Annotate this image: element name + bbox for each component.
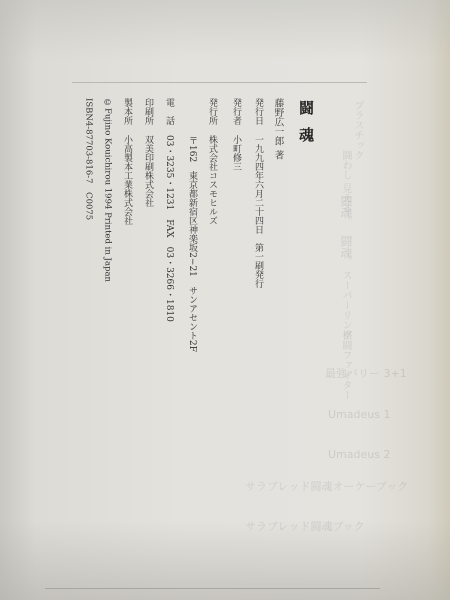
row-label: 印刷所 bbox=[143, 98, 152, 125]
colophon-row-binder: 製本所小高製本工業株式会社 bbox=[122, 98, 131, 225]
show-through-col: プラスチック bbox=[352, 100, 362, 160]
page-shadow-top bbox=[0, 0, 450, 60]
bottom-rule bbox=[45, 588, 380, 589]
colophon-row-printer: 印刷所双美印刷株式会社 bbox=[143, 98, 152, 207]
row-label: 発行者 bbox=[231, 98, 240, 125]
copyright-line: ©Fujino Kouichirou 1994 Printed in Japan bbox=[103, 98, 112, 282]
colophon-row-publisher-person: 発行者小町修三 bbox=[231, 98, 240, 171]
row-value: 株式会社コスモヒルズ bbox=[207, 135, 216, 225]
colophon-row-phone: 電 話03・3235・1231 FAX 03・3266・1810 bbox=[164, 98, 173, 322]
top-rule bbox=[72, 82, 367, 83]
show-through-line: サラブレッド闘魂オーケーブック bbox=[245, 478, 408, 494]
colophon-row-publisher: 発行所株式会社コスモヒルズ bbox=[207, 98, 216, 225]
row-label: 発行日 bbox=[253, 98, 262, 125]
row-value: 小町修三 bbox=[231, 135, 240, 171]
row-label: 電 話 bbox=[164, 98, 173, 125]
author-name: 藤野広一郎 bbox=[273, 98, 284, 146]
show-through-line: Umadeus 1 bbox=[328, 408, 390, 421]
row-value: 小高製本工業株式会社 bbox=[122, 135, 131, 225]
book-title: 闘魂 bbox=[298, 100, 313, 154]
row-label: 製本所 bbox=[122, 98, 131, 125]
author-role: 著 bbox=[273, 150, 283, 160]
show-through-col: 闘魂 bbox=[340, 195, 352, 219]
row-value: 03・3235・1231 FAX 03・3266・1810 bbox=[164, 135, 173, 322]
row-value: 一九九四年六月二十四日 第一刷発行 bbox=[253, 135, 262, 288]
publisher-address: 〒162 東京都新宿区神楽坂2−21 サンアセント2F bbox=[187, 136, 196, 352]
show-through-col: 闘魂 bbox=[340, 235, 352, 259]
show-through-line: 最強バリー 3+1 bbox=[325, 365, 407, 381]
row-value: 双美印刷株式会社 bbox=[143, 135, 152, 207]
author-line: 藤野広一郎著 bbox=[273, 98, 283, 159]
colophon-row-issue-date: 発行日一九九四年六月二十四日 第一刷発行 bbox=[253, 98, 262, 288]
show-through-line: サラブレッド闘魂ブック bbox=[245, 518, 365, 534]
show-through-line: Umadeus 2 bbox=[328, 448, 390, 461]
isbn-line: ISBN4-87703-816-7 C0075 bbox=[84, 98, 93, 220]
row-label: 発行所 bbox=[207, 98, 216, 125]
